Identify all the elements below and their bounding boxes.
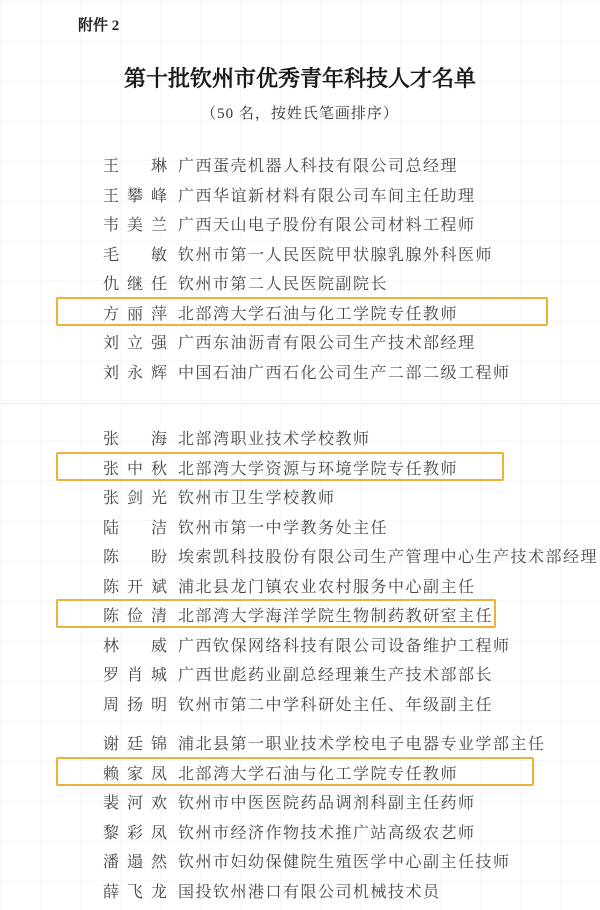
page-title: 第十批钦州市优秀青年科技人才名单 — [0, 64, 600, 94]
person-row: 陈 盼埃索凯科技股份有限公司生产管理中心生产技术部经理 — [0, 541, 600, 571]
person-org: 广西蛋壳机器人科技有限公司总经理 — [178, 153, 458, 176]
person-org: 北部湾大学石油与化工学院专任教师 — [178, 761, 458, 784]
person-row: 谢廷锦浦北县第一职业技术学校电子电器专业学部主任 — [0, 728, 600, 758]
person-row: 韦美兰广西天山电子股份有限公司材料工程师 — [0, 209, 600, 239]
page-subtitle: （50 名，按姓氏笔画排序） — [0, 104, 600, 124]
person-row: 罗肖城广西世彪药业副总经理兼生产技术部部长 — [0, 659, 600, 689]
person-row: 赖家凤北部湾大学石油与化工学院专任教师 — [0, 758, 600, 788]
person-name: 王 琳 — [103, 153, 167, 176]
person-org: 钦州市妇幼保健院生殖医学中心副主任技师 — [178, 849, 511, 872]
person-name: 罗肖城 — [103, 662, 167, 685]
person-name: 张 海 — [103, 426, 167, 449]
person-row: 陈开斌浦北县龙门镇农业农村服务中心副主任 — [0, 571, 600, 601]
person-row: 陆 洁钦州市第一中学教务处主任 — [0, 512, 600, 542]
person-row: 周扬明钦州市第二中学科研处主任、年级副主任 — [0, 689, 600, 719]
person-name: 陆 洁 — [103, 515, 167, 538]
person-row: 王攀峰广西华谊新材料有限公司车间主任助理 — [0, 180, 600, 210]
person-name: 赖家凤 — [103, 761, 167, 784]
person-row: 刘立强广西东油沥青有限公司生产技术部经理 — [0, 327, 600, 357]
person-org: 钦州市经济作物技术推广站高级农艺师 — [178, 820, 476, 843]
person-row: 张剑光钦州市卫生学校教师 — [0, 482, 600, 512]
person-org: 北部湾职业技术学校教师 — [178, 426, 371, 449]
person-org: 国投钦州港口有限公司机械技术员 — [178, 879, 441, 902]
page-seam-divider — [0, 403, 600, 404]
person-row: 刘永辉中国石油广西石化公司生产二部二级工程师 — [0, 357, 600, 387]
person-org: 北部湾大学资源与环境学院专任教师 — [178, 456, 458, 479]
person-org: 钦州市第一人民医院甲状腺乳腺外科医师 — [178, 242, 493, 265]
person-org: 钦州市卫生学校教师 — [178, 485, 336, 508]
person-row: 林 威广西钦保网络科技有限公司设备维护工程师 — [0, 630, 600, 660]
person-name: 刘立强 — [103, 330, 167, 353]
person-row: 薛飞龙国投钦州港口有限公司机械技术员 — [0, 876, 600, 906]
document-page: 附件 2 第十批钦州市优秀青年科技人才名单 （50 名，按姓氏笔画排序） 王 琳… — [0, 0, 600, 910]
person-name: 韦美兰 — [103, 212, 167, 235]
person-org: 浦北县龙门镇农业农村服务中心副主任 — [178, 574, 476, 597]
person-org: 钦州市第二中学科研处主任、年级副主任 — [178, 692, 493, 715]
person-row: 方丽萍北部湾大学石油与化工学院专任教师 — [0, 298, 600, 328]
person-name: 裴河欢 — [103, 790, 167, 813]
person-org: 钦州市中医医院药品调剂科副主任药师 — [178, 790, 476, 813]
person-name: 陈俭清 — [103, 603, 167, 626]
person-name: 黎彩凤 — [103, 820, 167, 843]
person-org: 广西东油沥青有限公司生产技术部经理 — [178, 330, 476, 353]
person-org: 中国石油广西石化公司生产二部二级工程师 — [178, 360, 511, 383]
attachment-label: 附件 2 — [78, 16, 600, 36]
person-name: 张中秋 — [103, 456, 167, 479]
person-org: 钦州市第二人民医院副院长 — [178, 271, 388, 294]
person-name: 仇继任 — [103, 271, 167, 294]
person-row: 毛 敏钦州市第一人民医院甲状腺乳腺外科医师 — [0, 239, 600, 269]
person-org: 北部湾大学石油与化工学院专任教师 — [178, 301, 458, 324]
person-org: 埃索凯科技股份有限公司生产管理中心生产技术部经理 — [178, 544, 598, 567]
person-row: 黎彩凤钦州市经济作物技术推广站高级农艺师 — [0, 817, 600, 847]
person-row: 陈俭清北部湾大学海洋学院生物制药教研室主任 — [0, 600, 600, 630]
person-org: 北部湾大学海洋学院生物制药教研室主任 — [178, 603, 493, 626]
person-name: 毛 敏 — [103, 242, 167, 265]
person-org: 广西天山电子股份有限公司材料工程师 — [178, 212, 476, 235]
person-row: 张 海北部湾职业技术学校教师 — [0, 423, 600, 453]
person-row: 张中秋北部湾大学资源与环境学院专任教师 — [0, 453, 600, 483]
people-list: 王 琳广西蛋壳机器人科技有限公司总经理王攀峰广西华谊新材料有限公司车间主任助理韦… — [0, 150, 600, 905]
person-name: 周扬明 — [103, 692, 167, 715]
person-name: 陈 盼 — [103, 544, 167, 567]
person-org: 浦北县第一职业技术学校电子电器专业学部主任 — [178, 731, 546, 754]
person-name: 陈开斌 — [103, 574, 167, 597]
person-name: 刘永辉 — [103, 360, 167, 383]
person-row: 仇继任钦州市第二人民医院副院长 — [0, 268, 600, 298]
person-name: 潘遢然 — [103, 849, 167, 872]
person-row: 裴河欢钦州市中医医院药品调剂科副主任药师 — [0, 787, 600, 817]
person-name: 王攀峰 — [103, 183, 167, 206]
person-org: 广西钦保网络科技有限公司设备维护工程师 — [178, 633, 511, 656]
person-name: 薛飞龙 — [103, 879, 167, 902]
person-org: 广西世彪药业副总经理兼生产技术部部长 — [178, 662, 493, 685]
person-org: 广西华谊新材料有限公司车间主任助理 — [178, 183, 476, 206]
person-row: 潘遢然钦州市妇幼保健院生殖医学中心副主任技师 — [0, 846, 600, 876]
person-name: 方丽萍 — [103, 301, 167, 324]
person-name: 林 威 — [103, 633, 167, 656]
person-name: 张剑光 — [103, 485, 167, 508]
person-row: 王 琳广西蛋壳机器人科技有限公司总经理 — [0, 150, 600, 180]
person-org: 钦州市第一中学教务处主任 — [178, 515, 388, 538]
person-name: 谢廷锦 — [103, 731, 167, 754]
